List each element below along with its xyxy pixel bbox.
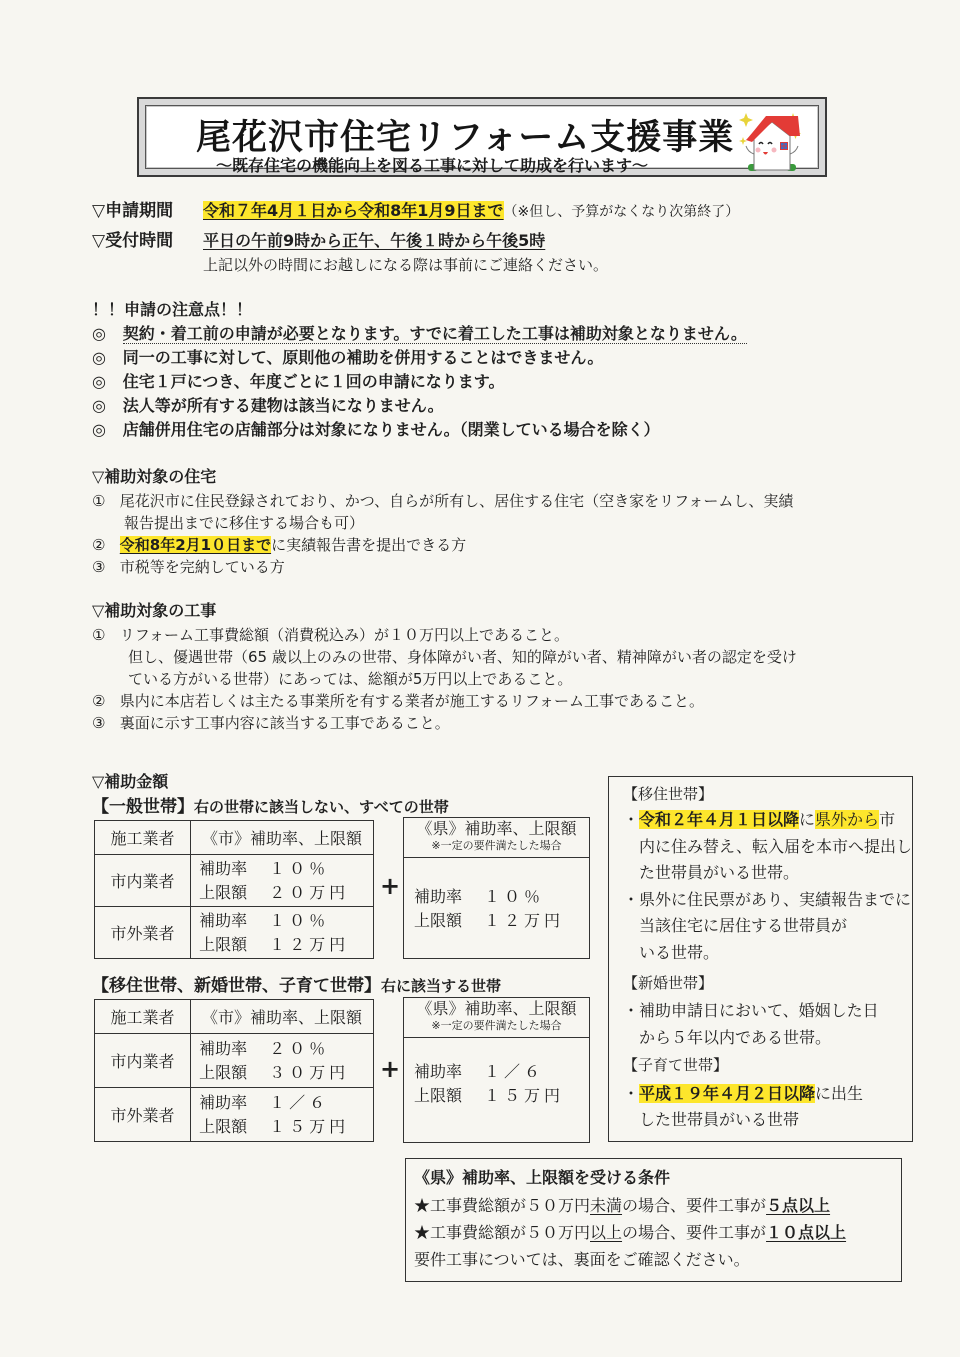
work-item-cont: ている方がいる世帯）にあっては、総額が5万円以上であること。 (128, 668, 572, 690)
childrearing-item: ・平成１９年４月２日以降に出生 (623, 1083, 863, 1105)
title-banner: 尾花沢市住宅リフォーム支援事業 ～既存住宅の機能向上を図る工事に対して助成を行い… (137, 97, 827, 177)
double-circle-icon: ◎ (92, 372, 106, 391)
work-item-cont: 但し、優遇世帯（65 歳以上のみの世帯、身体障がい者、知的障がい者、精神障がい者… (128, 646, 797, 668)
general-pref-box: 《県》補助率、上限額※一定の要件満たした場合 補助率１０％上限額１２万円 (403, 817, 590, 959)
plus-icon: + (380, 1055, 400, 1083)
reception-hours-note: 上記以外の時間にお越しになる際は事前にご連絡ください。 (203, 254, 608, 276)
table-row: 市内業者 補助率１０％上限額２０万円 (95, 855, 374, 907)
housing-item: ① 尾花沢市に住民登録されており、かつ、自らが所有し、居住する住宅（空き家をリフ… (92, 490, 793, 512)
note-item: ◎ 店舗併用住宅の店舗部分は対象になりません。（閉業している場合を除く） (92, 419, 660, 441)
plus-icon: + (380, 872, 400, 900)
condition-note: 要件工事については、裏面をご確認ください。 (414, 1249, 750, 1271)
work-item: ① リフォーム工事費総額（消費税込み）が１０万円以上であること。 (92, 624, 569, 646)
work-item: ③ 裏面に示す工事内容に該当する工事であること。 (92, 712, 450, 734)
newlywed-label: 【新婚世帯】 (623, 972, 713, 994)
double-circle-icon: ◎ (92, 324, 106, 343)
special-household-heading: 【移住世帯、新婚世帯、子育て世帯】右に該当する世帯 (92, 975, 501, 997)
note-item: ◎ 同一の工事に対して、原則他の補助を併用することはできません。 (92, 347, 603, 369)
migrant-item-1: ・令和２年４月１日以降に県外から市 (623, 809, 895, 831)
pref-conditions-title: 《県》補助率、上限額を受ける条件 (414, 1167, 670, 1189)
condition-row: ★工事費総額が５０万円以上の場合、要件工事が１０点以上 (414, 1222, 846, 1244)
housing-item: ③ 市税等を完納している方 (92, 556, 285, 578)
condition-row: ★工事費総額が５０万円未満の場合、要件工事が５点以上 (414, 1195, 830, 1217)
special-pref-box: 《県》補助率、上限額※一定の要件満たした場合 補助率１／６上限額１５万円 (403, 997, 590, 1143)
housing-item-cont: 報告提出までに移住する場合も可） (124, 512, 364, 534)
reception-hours-value: 平日の午前9時から正午、午後１時から午後5時 (203, 230, 545, 252)
smiling-house-icon (736, 110, 804, 172)
migrant-label: 【移住世帯】 (623, 783, 713, 805)
childrearing-label: 【子育て世帯】 (623, 1054, 728, 1076)
migrant-item-2: ・県外に住民票があり、実績報告までに (623, 889, 911, 911)
table-row: 市外業者 補助率１／６上限額１５万円 (95, 1088, 374, 1142)
special-city-table: 施工業者《市》補助率、上限額 市内業者 補助率２０％上限額３０万円 市外業者 補… (94, 999, 374, 1142)
housing-item: ② 令和8年2月1０日までに実績報告書を提出できる方 (92, 534, 466, 556)
application-period-note: （※但し、予算がなくなり次第終了） (504, 204, 740, 220)
notes-heading: ！！申請の注意点！！ (92, 299, 252, 321)
double-circle-icon: ◎ (92, 420, 106, 439)
eligible-housing-heading: ▽補助対象の住宅 (92, 466, 216, 488)
col-city: 《市》補助率、上限額 (191, 1000, 374, 1034)
eligible-work-heading: ▽補助対象の工事 (92, 600, 216, 622)
general-city-table: 施工業者《市》補助率、上限額 市内業者 補助率１０％上限額２０万円 市外業者 補… (94, 820, 374, 959)
pref-conditions-box: 《県》補助率、上限額を受ける条件 ★工事費総額が５０万円未満の場合、要件工事が５… (405, 1158, 902, 1282)
subsidy-heading: ▽補助金額 (92, 771, 168, 793)
application-period-value: 令和７年4月１日から令和8年1月9日まで (203, 201, 504, 220)
table-row: 市外業者 補助率１０％上限額１２万円 (95, 907, 374, 959)
application-period-label: ▽申請期間 (92, 200, 173, 222)
general-household-heading: 【一般世帯】右の世帯に該当しない、すべての世帯 (92, 796, 449, 818)
double-circle-icon: ◎ (92, 396, 106, 415)
col-vendor: 施工業者 (95, 821, 191, 855)
note-item: ◎ 法人等が所有する建物は該当になりません。 (92, 395, 444, 417)
title-banner-inner: 尾花沢市住宅リフォーム支援事業 ～既存住宅の機能向上を図る工事に対して助成を行い… (145, 105, 819, 169)
work-item: ② 県内に本店若しくは主たる事業所を有する業者が施工するリフォーム工事であること… (92, 690, 704, 712)
page-subtitle: ～既存住宅の機能向上を図る工事に対して助成を行います～ (216, 153, 648, 176)
reception-hours-label: ▽受付時間 (92, 230, 173, 252)
col-city: 《市》補助率、上限額 (191, 821, 374, 855)
household-types-box: 【移住世帯】 ・令和２年４月１日以降に県外から市 内に住み替え、転入届を本市へ提… (608, 776, 913, 1142)
col-vendor: 施工業者 (95, 1000, 191, 1034)
application-period: 令和７年4月１日から令和8年1月9日まで（※但し、予算がなくなり次第終了） (203, 200, 739, 223)
table-row: 市内業者 補助率２０％上限額３０万円 (95, 1034, 374, 1088)
note-item: ◎ 住宅１戸につき、年度ごとに１回の申請になります。 (92, 371, 504, 393)
note-item: ◎ 契約・着工前の申請が必要となります。すでに着工した工事は補助対象となりません… (92, 323, 747, 345)
double-circle-icon: ◎ (92, 348, 106, 367)
newlywed-item: ・補助申請日において、婚姻した日 (623, 1000, 879, 1022)
